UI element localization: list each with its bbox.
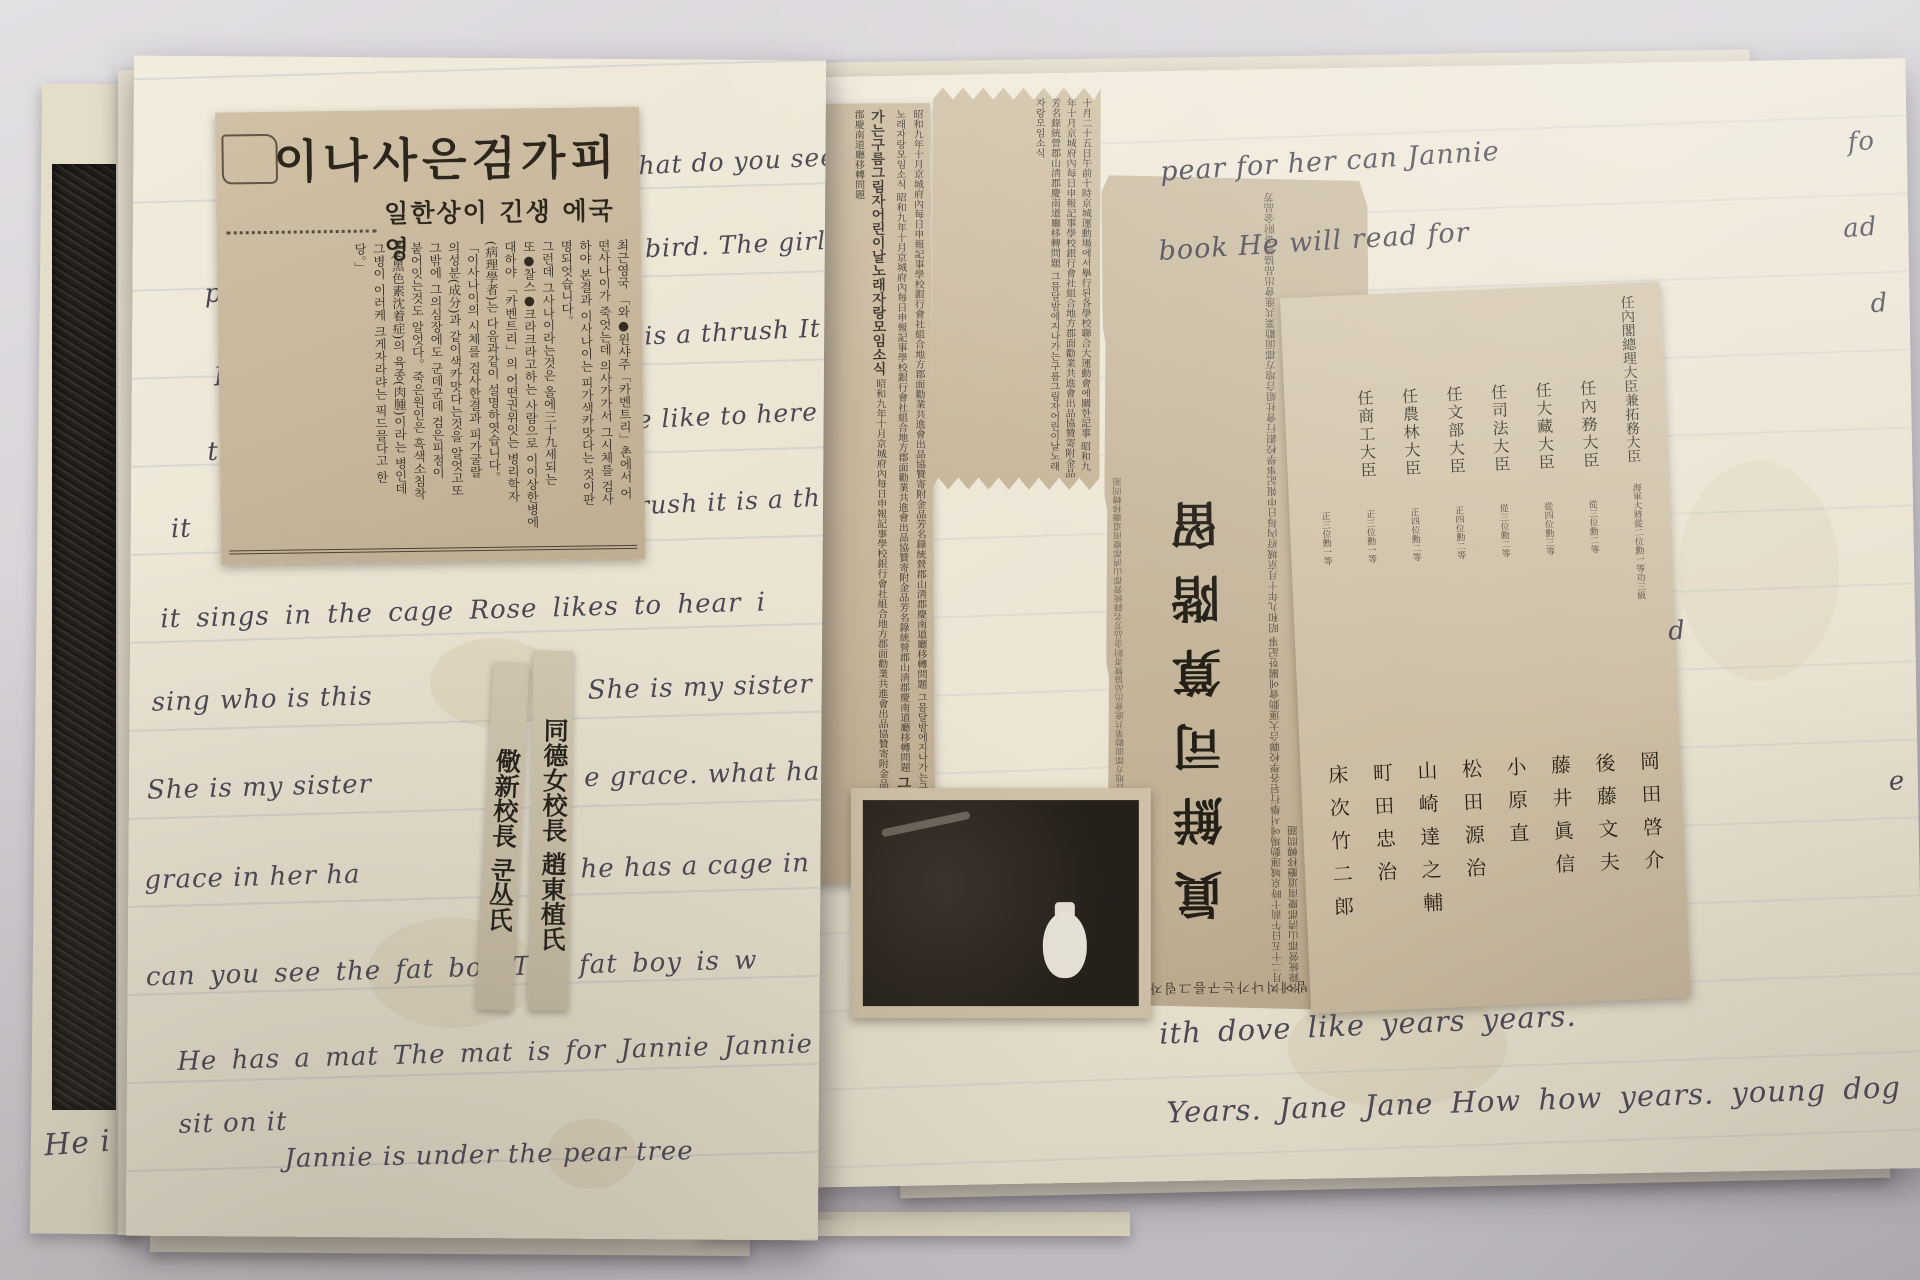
clipping-bottom-rule [229, 545, 637, 555]
newspaper-clipping-pinked: 十月二十五日午前十時京城運動場에서擧行된各學校聯合大運動會에關한記事 昭和九年十… [931, 87, 1100, 490]
minister-title: 任農林大臣 [1397, 387, 1424, 478]
handwriting-line: e like to here hea [636, 395, 826, 435]
headline-decoration-box [221, 134, 278, 185]
minister-rank: 正三位勳一等 [1363, 509, 1378, 564]
upside-down-headline: 眞鮮司算階留 [1161, 320, 1239, 921]
halftone-photo [863, 800, 1139, 1006]
minister-name: 藤井眞信 [1545, 754, 1580, 887]
handwriting-edge-fragment: d [1667, 616, 1687, 647]
minister-title: 任司法大臣 [1486, 383, 1513, 474]
newspaper-clipping-appointments: 任內閣總理大臣兼拓務大臣 海軍大將從二位勳一等功三級 岡田啓介 任內務大臣 從三… [1280, 282, 1691, 1014]
minister-name: 床次竹二郎 [1322, 764, 1358, 930]
minister-rank: 從四位勳三等 [1541, 501, 1556, 556]
minister-title: 任內閣總理大臣兼拓務大臣 [1616, 295, 1643, 464]
right-page: 昭和九年十月京城府內每日申報記事學校銀行會社組合地方郡面勸業共進會出品協贊寄附金… [770, 58, 1920, 1188]
minister-rank: 正三位勳一等 [1318, 511, 1333, 566]
minister-rank: 從三位勳二等 [1496, 503, 1511, 558]
handwriting-line: He has a mat The mat is for Jannie Janni… [177, 1029, 813, 1077]
minister-name: 小原直 [1500, 756, 1533, 856]
handwriting-line: e grace. what has [584, 756, 826, 793]
minister-name: 山崎達之輔 [1411, 760, 1447, 926]
handwriting-line: is a thrush It sing [644, 311, 826, 351]
handwriting-line: Jannie is under the pear tree [284, 1136, 694, 1174]
squiggle-rule [227, 229, 377, 234]
minister-rank: 正四位勳二等 [1452, 505, 1467, 560]
left-page: loo pic Ros the it hat do you see in bir… [126, 56, 826, 1241]
handwriting-edge-fragment: d [1869, 288, 1889, 319]
minister-rank: 從三位勳二等 [1585, 500, 1600, 555]
handwriting-line: he has a cage in her ha [580, 845, 826, 884]
handwriting-line: She is my sister gra [587, 668, 826, 706]
handwriting-fragment-he: He i [43, 1124, 112, 1164]
underlying-photo-clipping [52, 164, 116, 1110]
minister-name: 岡田啓介 [1634, 750, 1669, 883]
handwriting-edge-fragment: ad [1842, 212, 1878, 244]
handwriting-line: pear for her can Jannie [1159, 136, 1500, 188]
handwriting-line: She is my sister [147, 769, 373, 805]
handwriting-line: hat do you see in [638, 141, 826, 181]
photo-highlight [881, 811, 971, 838]
minister-title: 任文部大臣 [1442, 385, 1469, 476]
illegible-print-text: 十月二十五日午前十時京城運動場에서擧行된各學校聯合大運動會에關한記事 昭和九年十… [939, 97, 1092, 480]
clipping-headline: 이나사은검가피 [273, 121, 620, 192]
scrapbook-photo: He i 昭和九年十月京城府內每日申報記事學校銀行會社組合地方郡面勸業共進會出品… [0, 0, 1920, 1280]
minister-title: 任大藏大臣 [1531, 381, 1558, 472]
clipping-body-columns: 최근영국 「와●윈샤주「카벤트리」촌에서 어 떤사나이가 죽엇는데 의사가가서 … [229, 239, 635, 533]
handwriting-margin-word: it [170, 513, 192, 544]
handwriting-edge-fragment: e [1888, 766, 1906, 797]
minister-title: 任商工大臣 [1353, 389, 1380, 480]
minister-rank: 正四位勳二等 [1407, 507, 1422, 562]
minister-rank: 海軍大將從二位勳一等功三級 [1629, 483, 1647, 600]
handwriting-line: Years. Jane Jane How how years. young do… [1166, 1070, 1902, 1130]
white-jar [1043, 912, 1087, 978]
handwriting-edge-fragment: fo [1847, 126, 1876, 158]
minister-name: 後藤文夫 [1590, 752, 1625, 885]
photo-clipping-jar [851, 788, 1151, 1018]
minister-name: 町田忠治 [1367, 762, 1402, 895]
handwriting-line: grace in her ha [144, 859, 361, 895]
handwriting-line: it sings in the cage Rose likes to hear … [160, 587, 766, 634]
handwriting-line: sing who is this [151, 681, 373, 717]
caption-strip-dongdeok: 同德女校長 趙東植氏 [528, 650, 574, 1011]
minister-name: 松田源治 [1456, 758, 1491, 891]
handwriting-line: sit on it [178, 1107, 288, 1140]
minister-title: 任內務大臣 [1575, 379, 1602, 470]
handwriting-line: bird. The girl's nam [644, 222, 826, 263]
newspaper-clipping-black-blood-man: 이나사은검가피 일한상이 긴생 에국영 최근영국 「와●윈샤주「카벤트리」촌에서… [215, 107, 645, 565]
handwriting-line: can you see the fat boy The fat boy is w [145, 945, 757, 992]
